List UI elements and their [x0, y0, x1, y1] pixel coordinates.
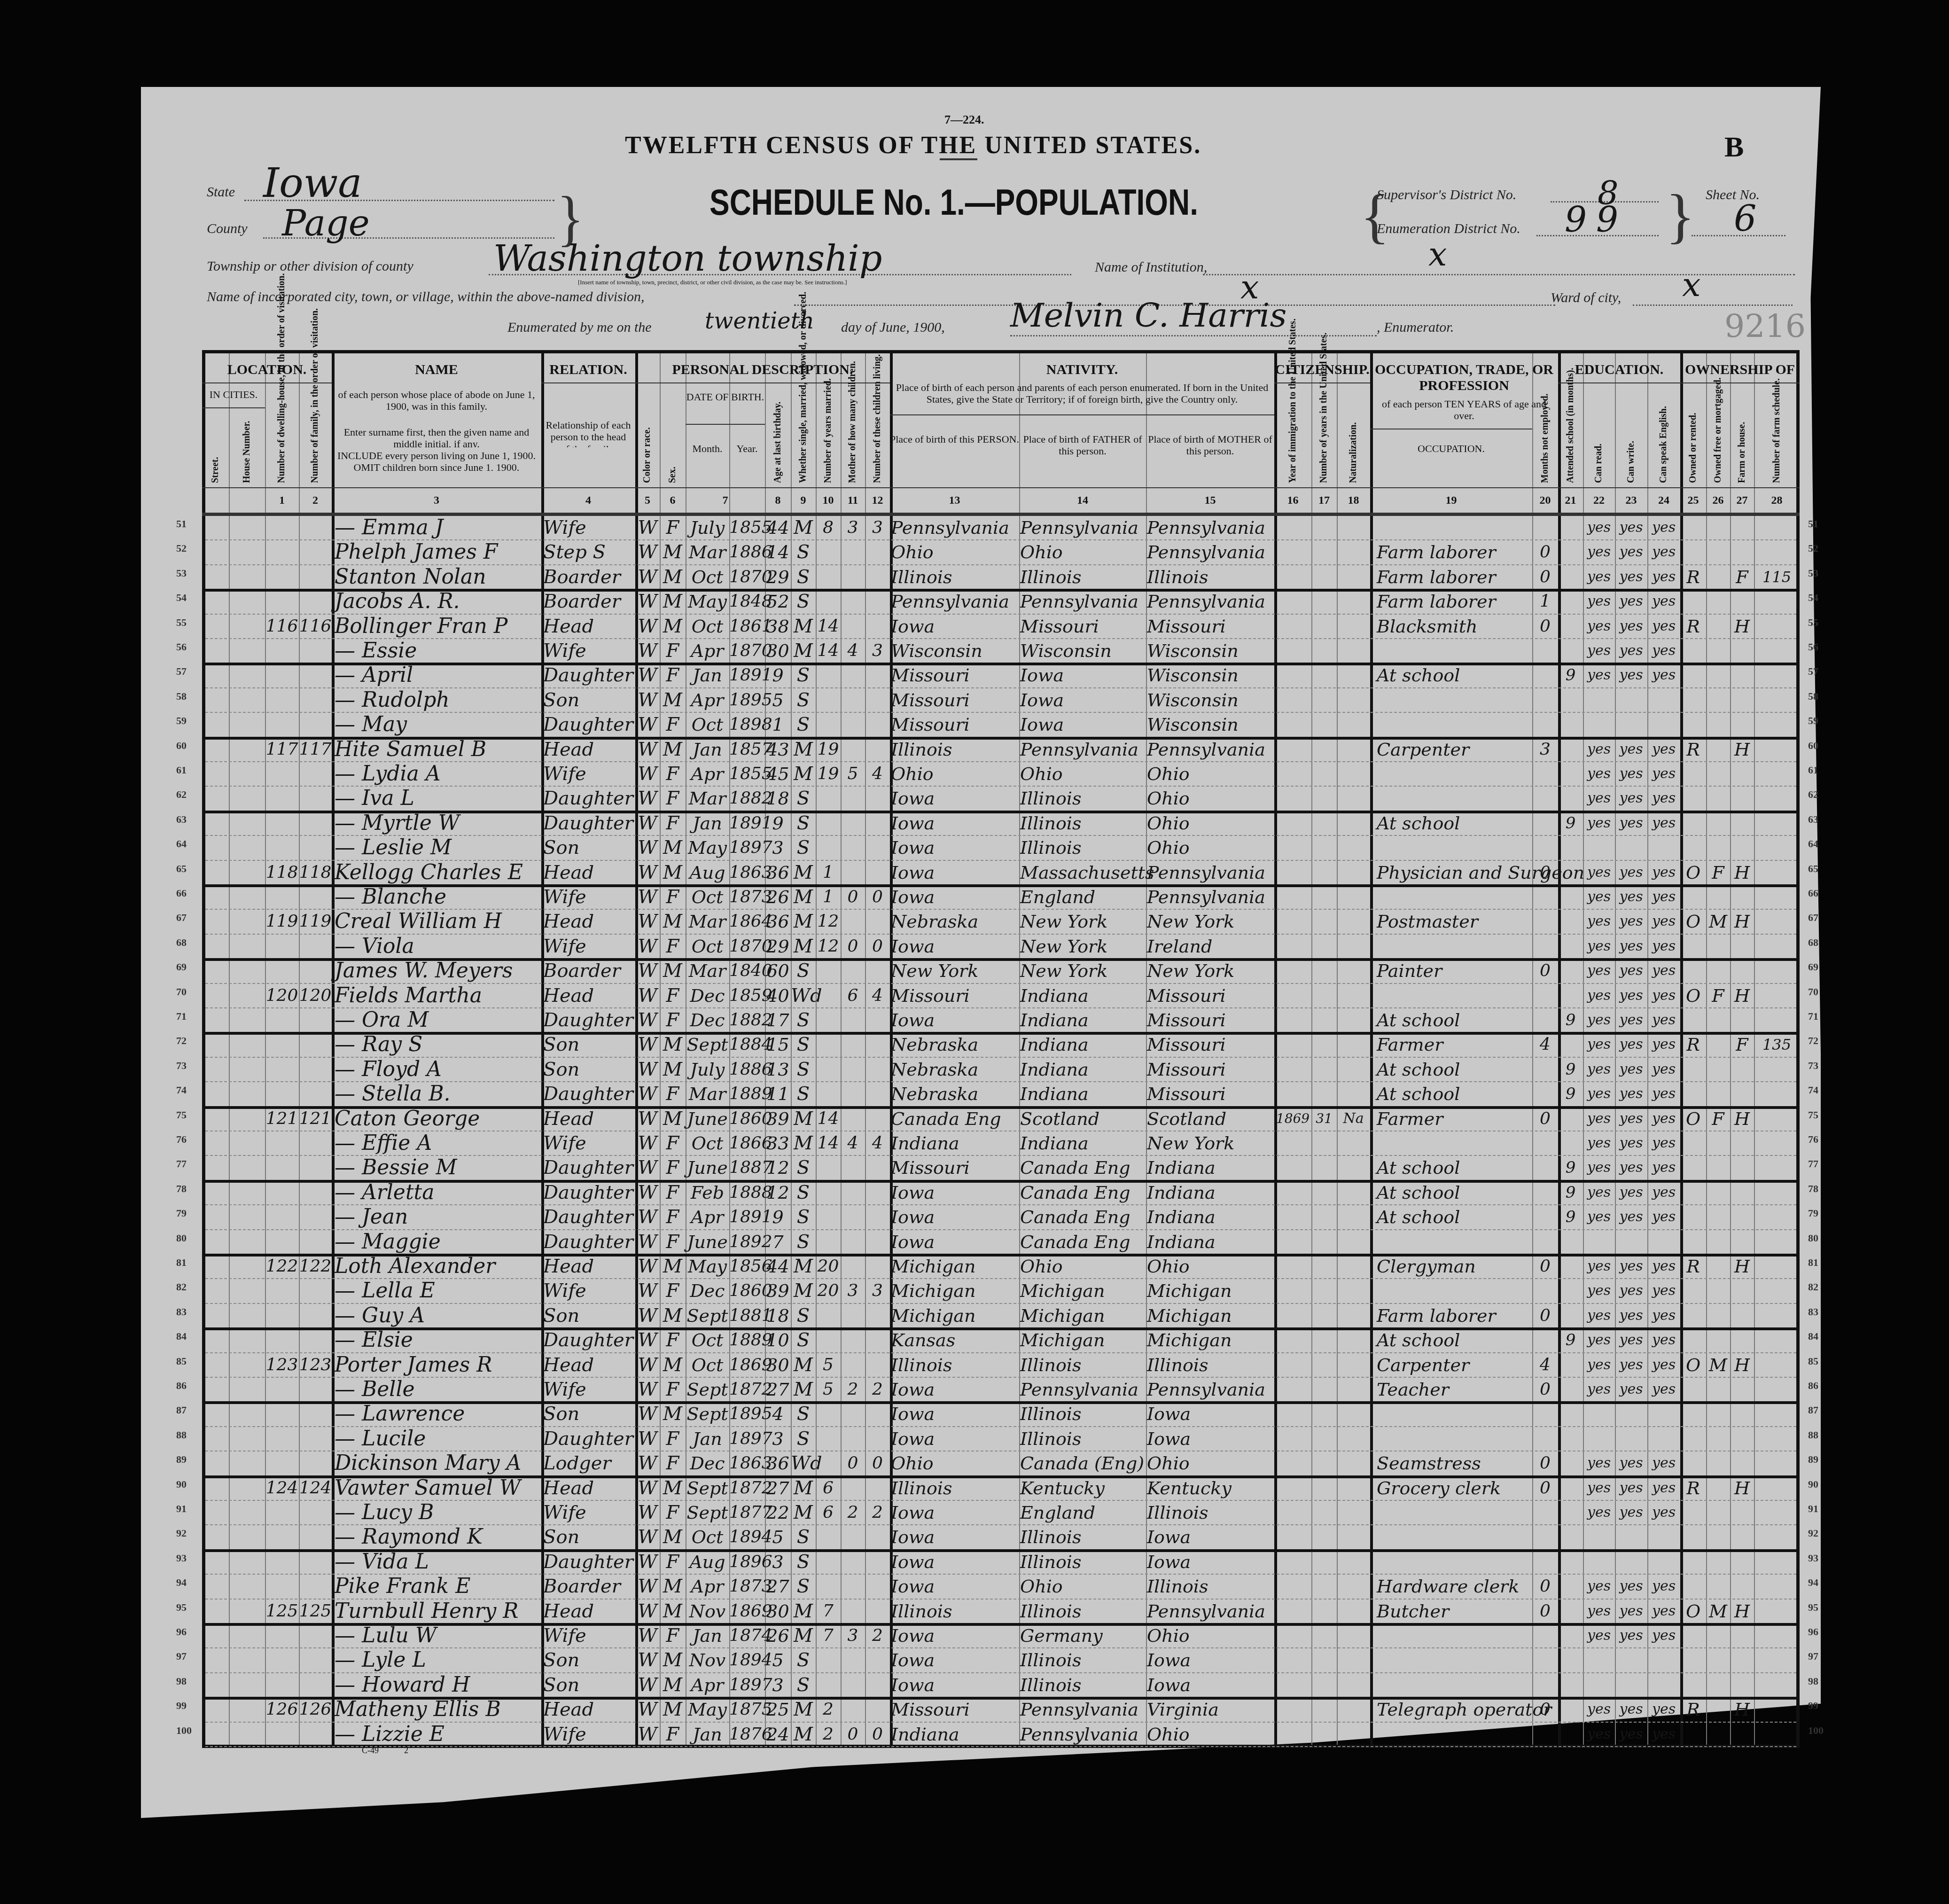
cell-free	[1706, 614, 1730, 639]
cell-natur: Na	[1337, 1107, 1370, 1131]
cell-dwelling	[265, 1279, 299, 1303]
cell-mother: Pennsylvania	[1147, 540, 1274, 564]
cell-living	[865, 712, 890, 737]
cell-farm	[1730, 1328, 1754, 1352]
cell-own	[1680, 515, 1706, 540]
cell-years-married	[816, 1648, 841, 1672]
table-row: — Lella EWifeWFDec186039M2033MichiganMic…	[205, 1279, 1796, 1303]
cell-years-us	[1311, 1057, 1337, 1082]
cell-living	[865, 909, 890, 934]
cell-birth: Iowa	[891, 1230, 1019, 1254]
cell-school: 9	[1558, 811, 1583, 835]
cell-natur	[1337, 1648, 1370, 1672]
line-number: 54	[1808, 592, 1818, 604]
cell-relation: Head	[543, 983, 634, 1008]
cell-years-married: 7	[816, 1599, 841, 1623]
cell-father: Indiana	[1020, 983, 1146, 1008]
cell-year: 1894	[729, 1648, 765, 1672]
cell-immig	[1274, 589, 1311, 614]
cell-own: O	[1680, 1353, 1706, 1377]
cell-dwelling	[265, 1303, 299, 1328]
cell-write	[1615, 1525, 1647, 1549]
cell-color: W	[635, 1673, 660, 1697]
cell-color: W	[635, 1599, 660, 1623]
cell-own: O	[1680, 1107, 1706, 1131]
cell-sched	[1754, 1525, 1800, 1549]
column-number: 14	[1019, 494, 1146, 507]
cell-write: yes	[1615, 1500, 1647, 1525]
cell-birth: Illinois	[891, 1353, 1019, 1377]
nativity-header: NATIVITY.	[890, 362, 1274, 379]
cell-birth: Michigan	[891, 1303, 1019, 1328]
cell-farm: F	[1730, 1032, 1754, 1057]
cell-years-us	[1311, 1525, 1337, 1549]
cell-years-married	[816, 1673, 841, 1697]
occupation-header: OCCUPATION, TRADE, OR PROFESSION	[1370, 362, 1558, 396]
column-number: 2	[299, 494, 332, 507]
cell-years-us	[1311, 1205, 1337, 1229]
cell-mother-of	[841, 786, 865, 811]
cell-month: Nov	[686, 1599, 729, 1623]
cell-farm: H	[1730, 1599, 1754, 1623]
cell-mother: Missouri	[1147, 614, 1274, 639]
table-row: — Lulu WWifeWFJan187426M732IowaGermanyOh…	[205, 1623, 1796, 1648]
cell-unemp: 0	[1532, 1476, 1558, 1500]
cell-name: — Raymond K	[335, 1525, 540, 1549]
line-number: 54	[176, 592, 187, 604]
ownership-header: OWNERSHIP OF HOME.	[1680, 362, 1800, 379]
cell-mother-of	[841, 1550, 865, 1574]
cell-unemp	[1532, 688, 1558, 712]
cell-immig	[1274, 1279, 1311, 1303]
cell-own	[1680, 1623, 1706, 1648]
cell-immig	[1274, 811, 1311, 835]
cell-speak: yes	[1647, 1697, 1680, 1722]
cell-farm	[1730, 1377, 1754, 1402]
cell-write: yes	[1615, 1451, 1647, 1475]
cell-birth: Indiana	[891, 1131, 1019, 1155]
enumeration-label: Enumeration District No.	[1377, 221, 1520, 237]
cell-marital: M	[791, 1254, 816, 1279]
schedule-title: SCHEDULE No. 1.—POPULATION.	[709, 181, 1198, 224]
cell-sched	[1754, 540, 1800, 564]
cell-father: Ohio	[1020, 762, 1146, 786]
state-value: Iowa	[263, 160, 362, 207]
cell-father: Pennsylvania	[1020, 1722, 1146, 1747]
cell-immig	[1274, 983, 1311, 1008]
cell-birth: Kansas	[891, 1328, 1019, 1352]
cell-read: yes	[1583, 885, 1615, 909]
line-number: 70	[176, 986, 187, 998]
cell-school: 9	[1558, 1057, 1583, 1082]
cell-years-married	[816, 811, 841, 835]
line-number: 68	[176, 936, 187, 949]
cell-family	[299, 1525, 332, 1549]
cell-name: — Lucile	[335, 1427, 540, 1451]
line-number: 94	[176, 1576, 187, 1589]
cell-marital: S	[791, 1303, 816, 1328]
cell-sex: M	[660, 1599, 686, 1623]
cell-birth: Iowa	[891, 1525, 1019, 1549]
cell-marital: S	[791, 1082, 816, 1106]
cell-birth: Ohio	[891, 762, 1019, 786]
cell-occupation	[1377, 1673, 1532, 1697]
cell-free	[1706, 1623, 1730, 1648]
cell-living: 0	[865, 1451, 890, 1475]
cell-read: yes	[1583, 1279, 1615, 1303]
cell-own	[1680, 934, 1706, 959]
cell-occupation: Hardware clerk	[1377, 1574, 1532, 1599]
cell-speak: yes	[1647, 983, 1680, 1008]
cell-years-married	[816, 1008, 841, 1032]
cell-school	[1558, 515, 1583, 540]
cell-mother-of	[841, 1328, 865, 1352]
cell-living	[865, 1599, 890, 1623]
cell-write: yes	[1615, 983, 1647, 1008]
cell-sex: M	[660, 1525, 686, 1549]
line-number: 95	[176, 1601, 187, 1614]
cell-family	[299, 1722, 332, 1747]
cell-birth: Iowa	[891, 1402, 1019, 1426]
cell-natur	[1337, 1476, 1370, 1500]
cell-unemp	[1532, 786, 1558, 811]
cell-natur	[1337, 1057, 1370, 1082]
cell-dwelling: 126	[265, 1697, 299, 1722]
vertical-header-naturalization: Naturalization.	[1348, 388, 1359, 483]
cell-farm	[1730, 1279, 1754, 1303]
line-number: 78	[1808, 1183, 1818, 1195]
cell-sched	[1754, 835, 1800, 860]
cell-unemp: 0	[1532, 1599, 1558, 1623]
cell-immig	[1274, 959, 1311, 983]
cell-natur	[1337, 1451, 1370, 1475]
cell-unemp: 0	[1532, 1451, 1558, 1475]
cell-years-married: 2	[816, 1697, 841, 1722]
table-row: — ElsieDaughterWFOct188910SKansasMichiga…	[205, 1328, 1796, 1352]
cell-write	[1615, 835, 1647, 860]
cell-marital: M	[791, 1623, 816, 1648]
cell-mother: Illinois	[1147, 1574, 1274, 1599]
cell-family	[299, 1402, 332, 1426]
cell-mother: Ohio	[1147, 1623, 1274, 1648]
cell-relation: Son	[543, 1032, 634, 1057]
cell-natur	[1337, 1180, 1370, 1205]
cell-month: Sept	[686, 1032, 729, 1057]
cell-years-married	[816, 565, 841, 589]
cell-own	[1680, 639, 1706, 663]
cell-living	[865, 1230, 890, 1254]
cell-mother-of	[841, 1155, 865, 1180]
cell-birth: Missouri	[891, 1697, 1019, 1722]
table-row: — Effie AWifeWFOct186633M1444IndianaIndi…	[205, 1131, 1796, 1155]
cell-read: yes	[1583, 663, 1615, 687]
cell-sched	[1754, 589, 1800, 614]
cell-occupation: At school	[1377, 1205, 1532, 1229]
cell-occupation	[1377, 1230, 1532, 1254]
cell-unemp	[1532, 1131, 1558, 1155]
cell-color: W	[635, 1476, 660, 1500]
cell-sched	[1754, 1574, 1800, 1599]
cell-free	[1706, 885, 1730, 909]
cell-own	[1680, 1008, 1706, 1032]
cell-living	[865, 688, 890, 712]
cell-free	[1706, 1574, 1730, 1599]
cell-own	[1680, 1082, 1706, 1106]
cell-years-married: 20	[816, 1254, 841, 1279]
column-number: 19	[1370, 494, 1532, 507]
table-row: 125125Turnbull Henry RHeadWMNov186930M7I…	[205, 1599, 1796, 1623]
line-number: 76	[176, 1133, 187, 1146]
cell-mother-of	[841, 1476, 865, 1500]
cell-farm	[1730, 762, 1754, 786]
line-number: 84	[1808, 1330, 1818, 1342]
table-row: — Iva LDaughterWFMar188218SIowaIllinoisO…	[205, 786, 1796, 811]
cell-occupation	[1377, 1648, 1532, 1672]
cell-age: 18	[765, 1303, 791, 1328]
cell-marital: S	[791, 1550, 816, 1574]
cell-occupation: At school	[1377, 811, 1532, 835]
cell-mother-of	[841, 860, 865, 885]
cell-occupation: Farm laborer	[1377, 589, 1532, 614]
cell-family	[299, 663, 332, 687]
cell-color: W	[635, 1205, 660, 1229]
cell-years-us	[1311, 1032, 1337, 1057]
cell-relation: Head	[543, 909, 634, 934]
cell-read	[1583, 1673, 1615, 1697]
cell-sex: F	[660, 1623, 686, 1648]
cell-color: W	[635, 1697, 660, 1722]
cell-mother-of: 3	[841, 1279, 865, 1303]
cell-own: R	[1680, 1476, 1706, 1500]
cell-years-married: 6	[816, 1476, 841, 1500]
table-row: — Bessie MDaughterWFJune188712SMissouriC…	[205, 1155, 1796, 1180]
cell-relation: Head	[543, 737, 634, 762]
cell-relation: Daughter	[543, 1230, 634, 1254]
cell-farm	[1730, 663, 1754, 687]
cell-sex: F	[660, 1131, 686, 1155]
cell-age: 5	[765, 1525, 791, 1549]
cell-natur	[1337, 909, 1370, 934]
cell-father: Ohio	[1020, 1574, 1146, 1599]
cell-month: Dec	[686, 1279, 729, 1303]
cell-dwelling	[265, 1057, 299, 1082]
cell-unemp	[1532, 1402, 1558, 1426]
cell-color: W	[635, 1131, 660, 1155]
cell-read: yes	[1583, 1500, 1615, 1525]
cell-age: 36	[765, 1451, 791, 1475]
cell-name: Pike Frank E	[335, 1574, 540, 1599]
cell-mother: Pennsylvania	[1147, 1377, 1274, 1402]
cell-own: R	[1680, 1032, 1706, 1057]
cell-mother-of: 4	[841, 639, 865, 663]
cell-years-married: 19	[816, 762, 841, 786]
cell-speak	[1647, 835, 1680, 860]
cell-color: W	[635, 934, 660, 959]
cell-write: yes	[1615, 663, 1647, 687]
cell-occupation	[1377, 515, 1532, 540]
cell-write: yes	[1615, 1377, 1647, 1402]
cell-year: 1888	[729, 1180, 765, 1205]
cell-dwelling	[265, 688, 299, 712]
cell-immig	[1274, 688, 1311, 712]
header-rule	[686, 424, 765, 425]
cell-year: 1876	[729, 1722, 765, 1747]
cell-family	[299, 1673, 332, 1697]
cell-birth: Iowa	[891, 1180, 1019, 1205]
cell-occupation: At school	[1377, 1180, 1532, 1205]
cell-month: Apr	[686, 762, 729, 786]
cell-sched	[1754, 1353, 1800, 1377]
cell-father: Illinois	[1020, 811, 1146, 835]
cell-father: Pennsylvania	[1020, 737, 1146, 762]
cell-sched	[1754, 1673, 1800, 1697]
cell-family	[299, 1205, 332, 1229]
cell-dwelling	[265, 589, 299, 614]
cell-read: yes	[1583, 1697, 1615, 1722]
vertical-header-color: Color or race.	[642, 388, 653, 483]
line-number: 82	[1808, 1281, 1818, 1293]
cell-marital: M	[791, 885, 816, 909]
cell-occupation	[1377, 1131, 1532, 1155]
cell-school	[1558, 1599, 1583, 1623]
cell-year: 1861	[729, 614, 765, 639]
cell-father: Illinois	[1020, 1648, 1146, 1672]
cell-unemp	[1532, 1082, 1558, 1106]
cell-natur	[1337, 1353, 1370, 1377]
cell-school	[1558, 1476, 1583, 1500]
cell-occupation: Clergyman	[1377, 1254, 1532, 1279]
cell-read: yes	[1583, 1082, 1615, 1106]
line-number: 79	[176, 1207, 187, 1219]
cell-unemp	[1532, 639, 1558, 663]
cell-relation: Son	[543, 1525, 634, 1549]
cell-own	[1680, 1131, 1706, 1155]
state-label: State	[207, 184, 235, 200]
cell-father: Michigan	[1020, 1279, 1146, 1303]
cell-dwelling	[265, 1082, 299, 1106]
cell-years-us	[1311, 983, 1337, 1008]
cell-sched: 135	[1754, 1032, 1800, 1057]
column-number: 18	[1337, 494, 1370, 507]
column-number: 13	[890, 494, 1019, 507]
cell-year: 1870	[729, 639, 765, 663]
cell-relation: Boarder	[543, 959, 634, 983]
cell-mother-of	[841, 1427, 865, 1451]
line-number: 74	[1808, 1084, 1818, 1096]
cell-year: 1873	[729, 1574, 765, 1599]
line-number: 80	[176, 1232, 187, 1244]
cell-free	[1706, 1697, 1730, 1722]
header-rule	[202, 487, 1800, 488]
nativity-description: Place of birth of each person and parent…	[895, 382, 1270, 405]
cell-immig	[1274, 835, 1311, 860]
cell-speak: yes	[1647, 1500, 1680, 1525]
cell-speak: yes	[1647, 1623, 1680, 1648]
vertical-header-free-mortgaged: Owned free or mortgaged.	[1713, 388, 1723, 483]
cell-immig	[1274, 639, 1311, 663]
cell-speak: yes	[1647, 515, 1680, 540]
cell-marital: Wd	[791, 983, 816, 1008]
cell-name: — Essie	[335, 639, 540, 663]
cell-father: England	[1020, 885, 1146, 909]
cell-school: 9	[1558, 1205, 1583, 1229]
cell-living: 2	[865, 1623, 890, 1648]
cell-mother: Wisconsin	[1147, 712, 1274, 737]
cell-natur	[1337, 959, 1370, 983]
cell-speak: yes	[1647, 565, 1680, 589]
cell-dwelling	[265, 540, 299, 564]
cell-years-married: 12	[816, 934, 841, 959]
cell-father: New York	[1020, 959, 1146, 983]
cell-unemp	[1532, 712, 1558, 737]
cell-read: yes	[1583, 762, 1615, 786]
cell-free	[1706, 786, 1730, 811]
cell-immig	[1274, 1205, 1311, 1229]
cell-mother-of: 0	[841, 1722, 865, 1747]
cell-free: M	[1706, 1353, 1730, 1377]
cell-family	[299, 1574, 332, 1599]
cell-occupation: At school	[1377, 1057, 1532, 1082]
table-row: 122122Loth AlexanderHeadWMMay185644M20Mi…	[205, 1254, 1796, 1279]
cell-mother: Iowa	[1147, 1550, 1274, 1574]
cell-family	[299, 1550, 332, 1574]
line-number: 86	[1808, 1380, 1818, 1392]
cell-sched	[1754, 1427, 1800, 1451]
cell-sex: F	[660, 934, 686, 959]
cell-immig	[1274, 1254, 1311, 1279]
cell-age: 29	[765, 934, 791, 959]
year-header: Year.	[729, 443, 765, 457]
cell-farm: H	[1730, 983, 1754, 1008]
cell-sex: M	[660, 565, 686, 589]
cell-own: O	[1680, 983, 1706, 1008]
cell-name: Hite Samuel B	[335, 737, 540, 762]
cell-birth: Missouri	[891, 688, 1019, 712]
vertical-header-family: Number of family, in the order of visita…	[310, 388, 320, 483]
cell-speak: yes	[1647, 1303, 1680, 1328]
cell-immig	[1274, 1427, 1311, 1451]
line-number: 83	[1808, 1306, 1818, 1318]
cell-mother: Indiana	[1147, 1205, 1274, 1229]
cell-own: R	[1680, 614, 1706, 639]
cell-farm: H	[1730, 1107, 1754, 1131]
cell-school	[1558, 1427, 1583, 1451]
cell-farm: H	[1730, 1476, 1754, 1500]
cell-free	[1706, 663, 1730, 687]
cell-farm	[1730, 885, 1754, 909]
cell-color: W	[635, 540, 660, 564]
cell-living: 0	[865, 1722, 890, 1747]
cell-years-married: 20	[816, 1279, 841, 1303]
cell-unemp: 0	[1532, 860, 1558, 885]
line-number: 51	[1808, 518, 1818, 530]
cell-occupation	[1377, 1550, 1532, 1574]
cell-occupation	[1377, 688, 1532, 712]
cell-relation: Head	[543, 1599, 634, 1623]
cell-family: 119	[299, 909, 332, 934]
cell-sched	[1754, 959, 1800, 983]
township-note: [Insert name of township, town, precinct…	[578, 279, 847, 286]
cell-mother-of	[841, 1180, 865, 1205]
cell-own: R	[1680, 737, 1706, 762]
cell-mother-of	[841, 909, 865, 934]
cell-color: W	[635, 1303, 660, 1328]
cell-month: Sept	[686, 1402, 729, 1426]
line-number: 92	[176, 1527, 187, 1539]
cell-farm	[1730, 1574, 1754, 1599]
cell-family: 118	[299, 860, 332, 885]
cell-year: 1891	[729, 1205, 765, 1229]
